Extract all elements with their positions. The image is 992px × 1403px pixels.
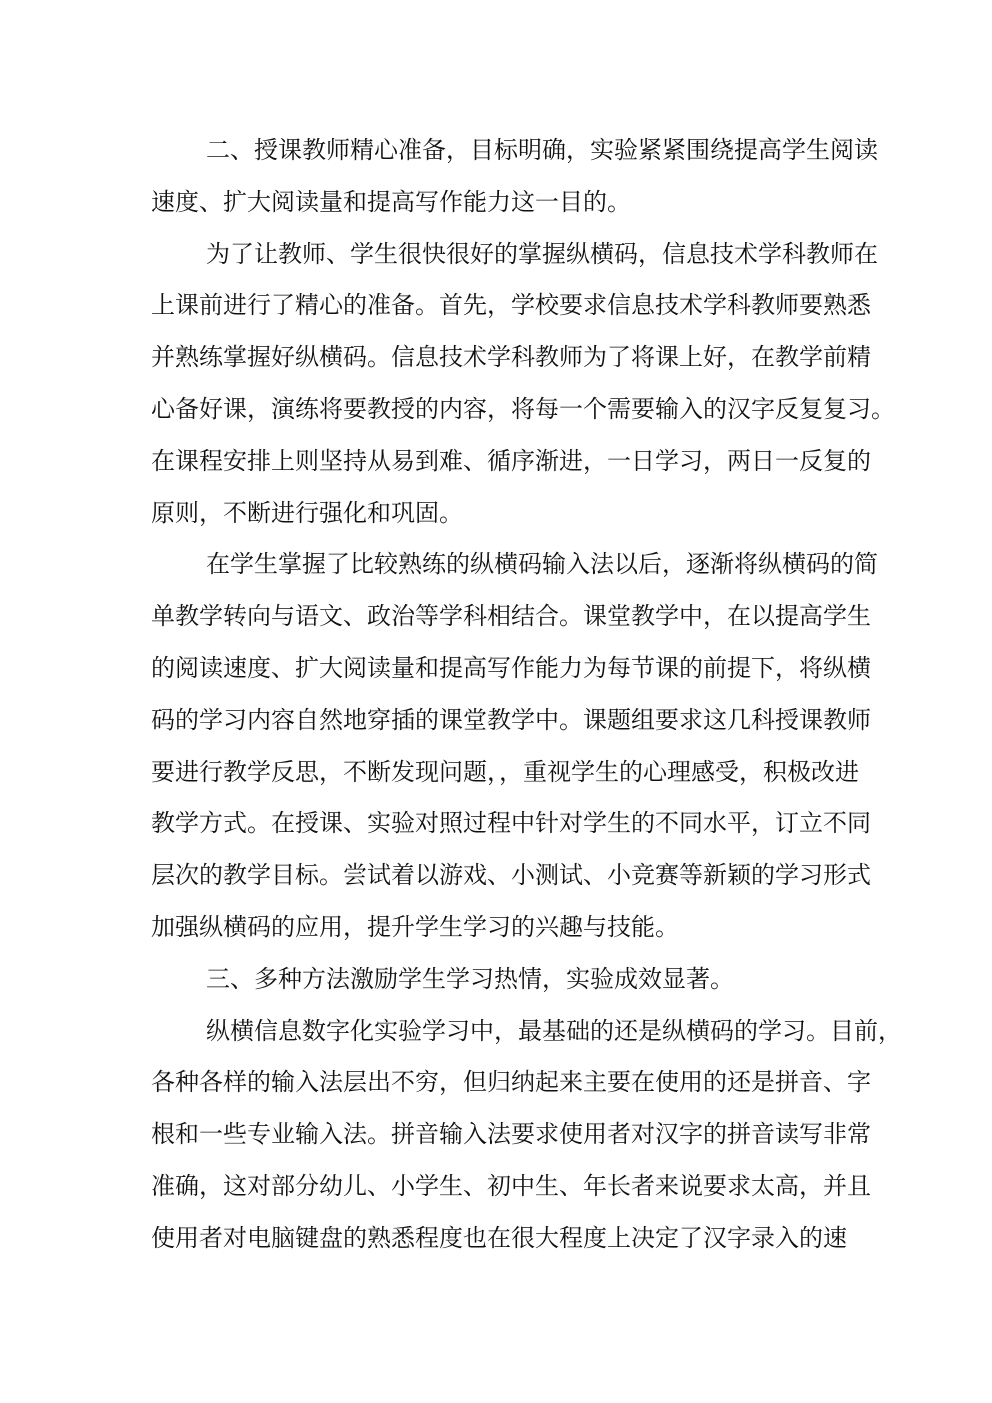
text-line: 单教学转向与语文、政治等学科相结合。课堂教学中，在以提高学生 xyxy=(151,591,841,643)
text-line: 使用者对电脑键盘的熟悉程度也在很大程度上决定了汉字录入的速 xyxy=(151,1213,841,1265)
section-three-heading: 三、多种方法激励学生学习热情，实验成效显著。 xyxy=(151,954,841,1006)
paragraph-integration: 在学生掌握了比较熟练的纵横码输入法以后，逐渐将纵横码的简 单教学转向与语文、政治… xyxy=(151,539,841,953)
paragraph-input-methods: 纵横信息数字化实验学习中，最基础的还是纵横码的学习。目前， 各种各样的输入法层出… xyxy=(151,1006,841,1265)
text-line: 码的学习内容自然地穿插的课堂教学中。课题组要求这几科授课教师 xyxy=(151,695,841,747)
text-line: 二、授课教师精心准备，目标明确，实验紧紧围绕提高学生阅读 xyxy=(151,125,841,177)
text-line: 在学生掌握了比较熟练的纵横码输入法以后，逐渐将纵横码的简 xyxy=(151,539,841,591)
text-line: 准确，这对部分幼儿、小学生、初中生、年长者来说要求太高，并且 xyxy=(151,1161,841,1213)
text-line: 根和一些专业输入法。拼音输入法要求使用者对汉字的拼音读写非常 xyxy=(151,1109,841,1161)
text-line: 为了让教师、学生很快很好的掌握纵横码，信息技术学科教师在 xyxy=(151,229,841,281)
document-page: 二、授课教师精心准备，目标明确，实验紧紧围绕提高学生阅读 速度、扩大阅读量和提高… xyxy=(151,125,841,1265)
text-line: 并熟练掌握好纵横码。信息技术学科教师为了将课上好，在教学前精 xyxy=(151,332,841,384)
text-line: 纵横信息数字化实验学习中，最基础的还是纵横码的学习。目前， xyxy=(151,1006,841,1058)
text-line: 加强纵横码的应用，提升学生学习的兴趣与技能。 xyxy=(151,902,841,954)
text-line: 层次的教学目标。尝试着以游戏、小测试、小竞赛等新颖的学习形式 xyxy=(151,850,841,902)
text-line: 速度、扩大阅读量和提高写作能力这一目的。 xyxy=(151,177,841,229)
text-line: 心备好课，演练将要教授的内容，将每一个需要输入的汉字反复复习。 xyxy=(151,384,841,436)
text-line: 三、多种方法激励学生学习热情，实验成效显著。 xyxy=(151,954,841,1006)
text-line: 各种各样的输入法层出不穷，但归纳起来主要在使用的还是拼音、字 xyxy=(151,1057,841,1109)
text-line: 教学方式。在授课、实验对照过程中针对学生的不同水平，订立不同 xyxy=(151,798,841,850)
text-line: 在课程安排上则坚持从易到难、循序渐进，一日学习，两日一反复的 xyxy=(151,436,841,488)
text-line: 上课前进行了精心的准备。首先，学校要求信息技术学科教师要熟悉 xyxy=(151,280,841,332)
paragraph-preparation: 为了让教师、学生很快很好的掌握纵横码，信息技术学科教师在 上课前进行了精心的准备… xyxy=(151,229,841,540)
section-two-heading: 二、授课教师精心准备，目标明确，实验紧紧围绕提高学生阅读 速度、扩大阅读量和提高… xyxy=(151,125,841,229)
text-line: 要进行教学反思，不断发现问题，，重视学生的心理感受，积极改进 xyxy=(151,747,841,799)
text-line: 原则，不断进行强化和巩固。 xyxy=(151,488,841,540)
text-line: 的阅读速度、扩大阅读量和提高写作能力为每节课的前提下，将纵横 xyxy=(151,643,841,695)
